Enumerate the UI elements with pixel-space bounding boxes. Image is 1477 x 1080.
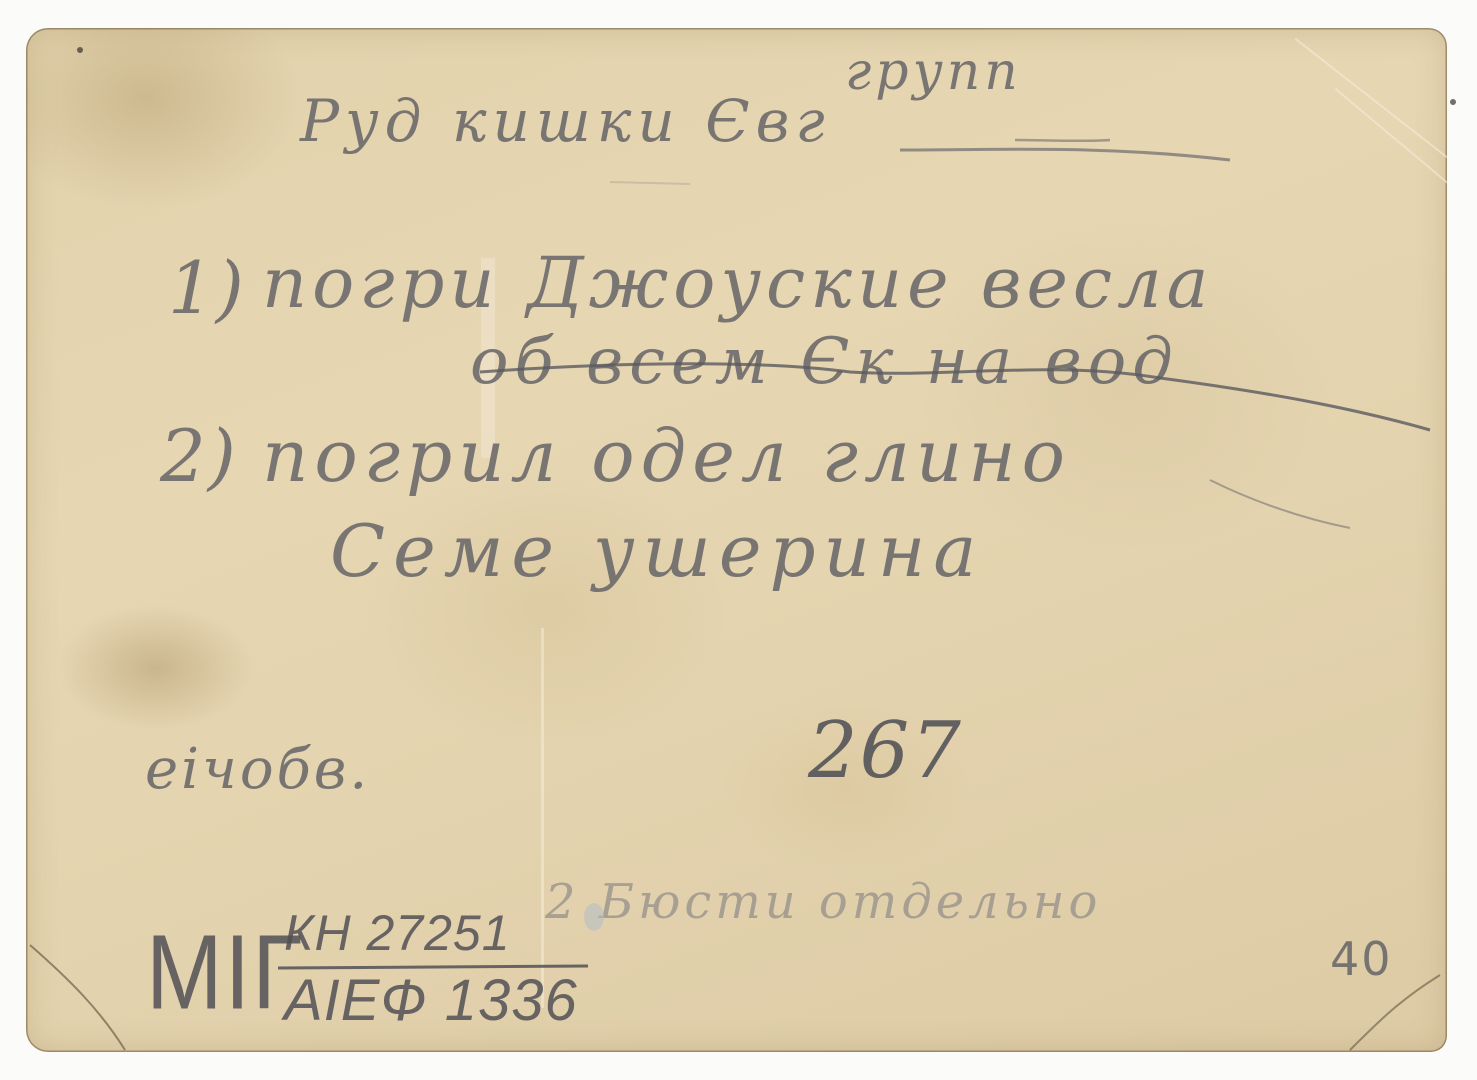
bottom-note: 2 Бюсти отдельно: [545, 878, 1101, 926]
item-1-number: 1): [168, 252, 246, 324]
fold-crease-top-right: [1295, 38, 1447, 181]
item-2-continuation: Семе ушерина: [330, 515, 984, 587]
heading-text: Руд кишки Євг: [300, 92, 831, 150]
archive-inventory-top: КН 27251: [284, 908, 511, 958]
item-1-struck-continuation: об всем Єк на вод: [470, 330, 1179, 394]
heading-insertion: групп: [845, 46, 1022, 98]
item-1-line: погри Джоуские весла: [262, 248, 1213, 318]
scanned-document: Руд кишки Євг групп 1) погри Джоуские ве…: [0, 0, 1477, 1080]
item-2-number: 2): [160, 420, 238, 492]
page-number: 40: [1330, 936, 1393, 982]
archive-inventory-bottom: АІЕФ 1336: [284, 972, 578, 1030]
archive-prefix: МІГ: [146, 920, 304, 1026]
fold-crease-top-right-2: [1335, 88, 1447, 205]
fold-crease-center: [541, 628, 544, 1008]
item-2-line: погрил одел глино: [262, 420, 1071, 492]
center-number: 267: [808, 712, 963, 790]
date-note: еічобв.: [145, 742, 370, 798]
